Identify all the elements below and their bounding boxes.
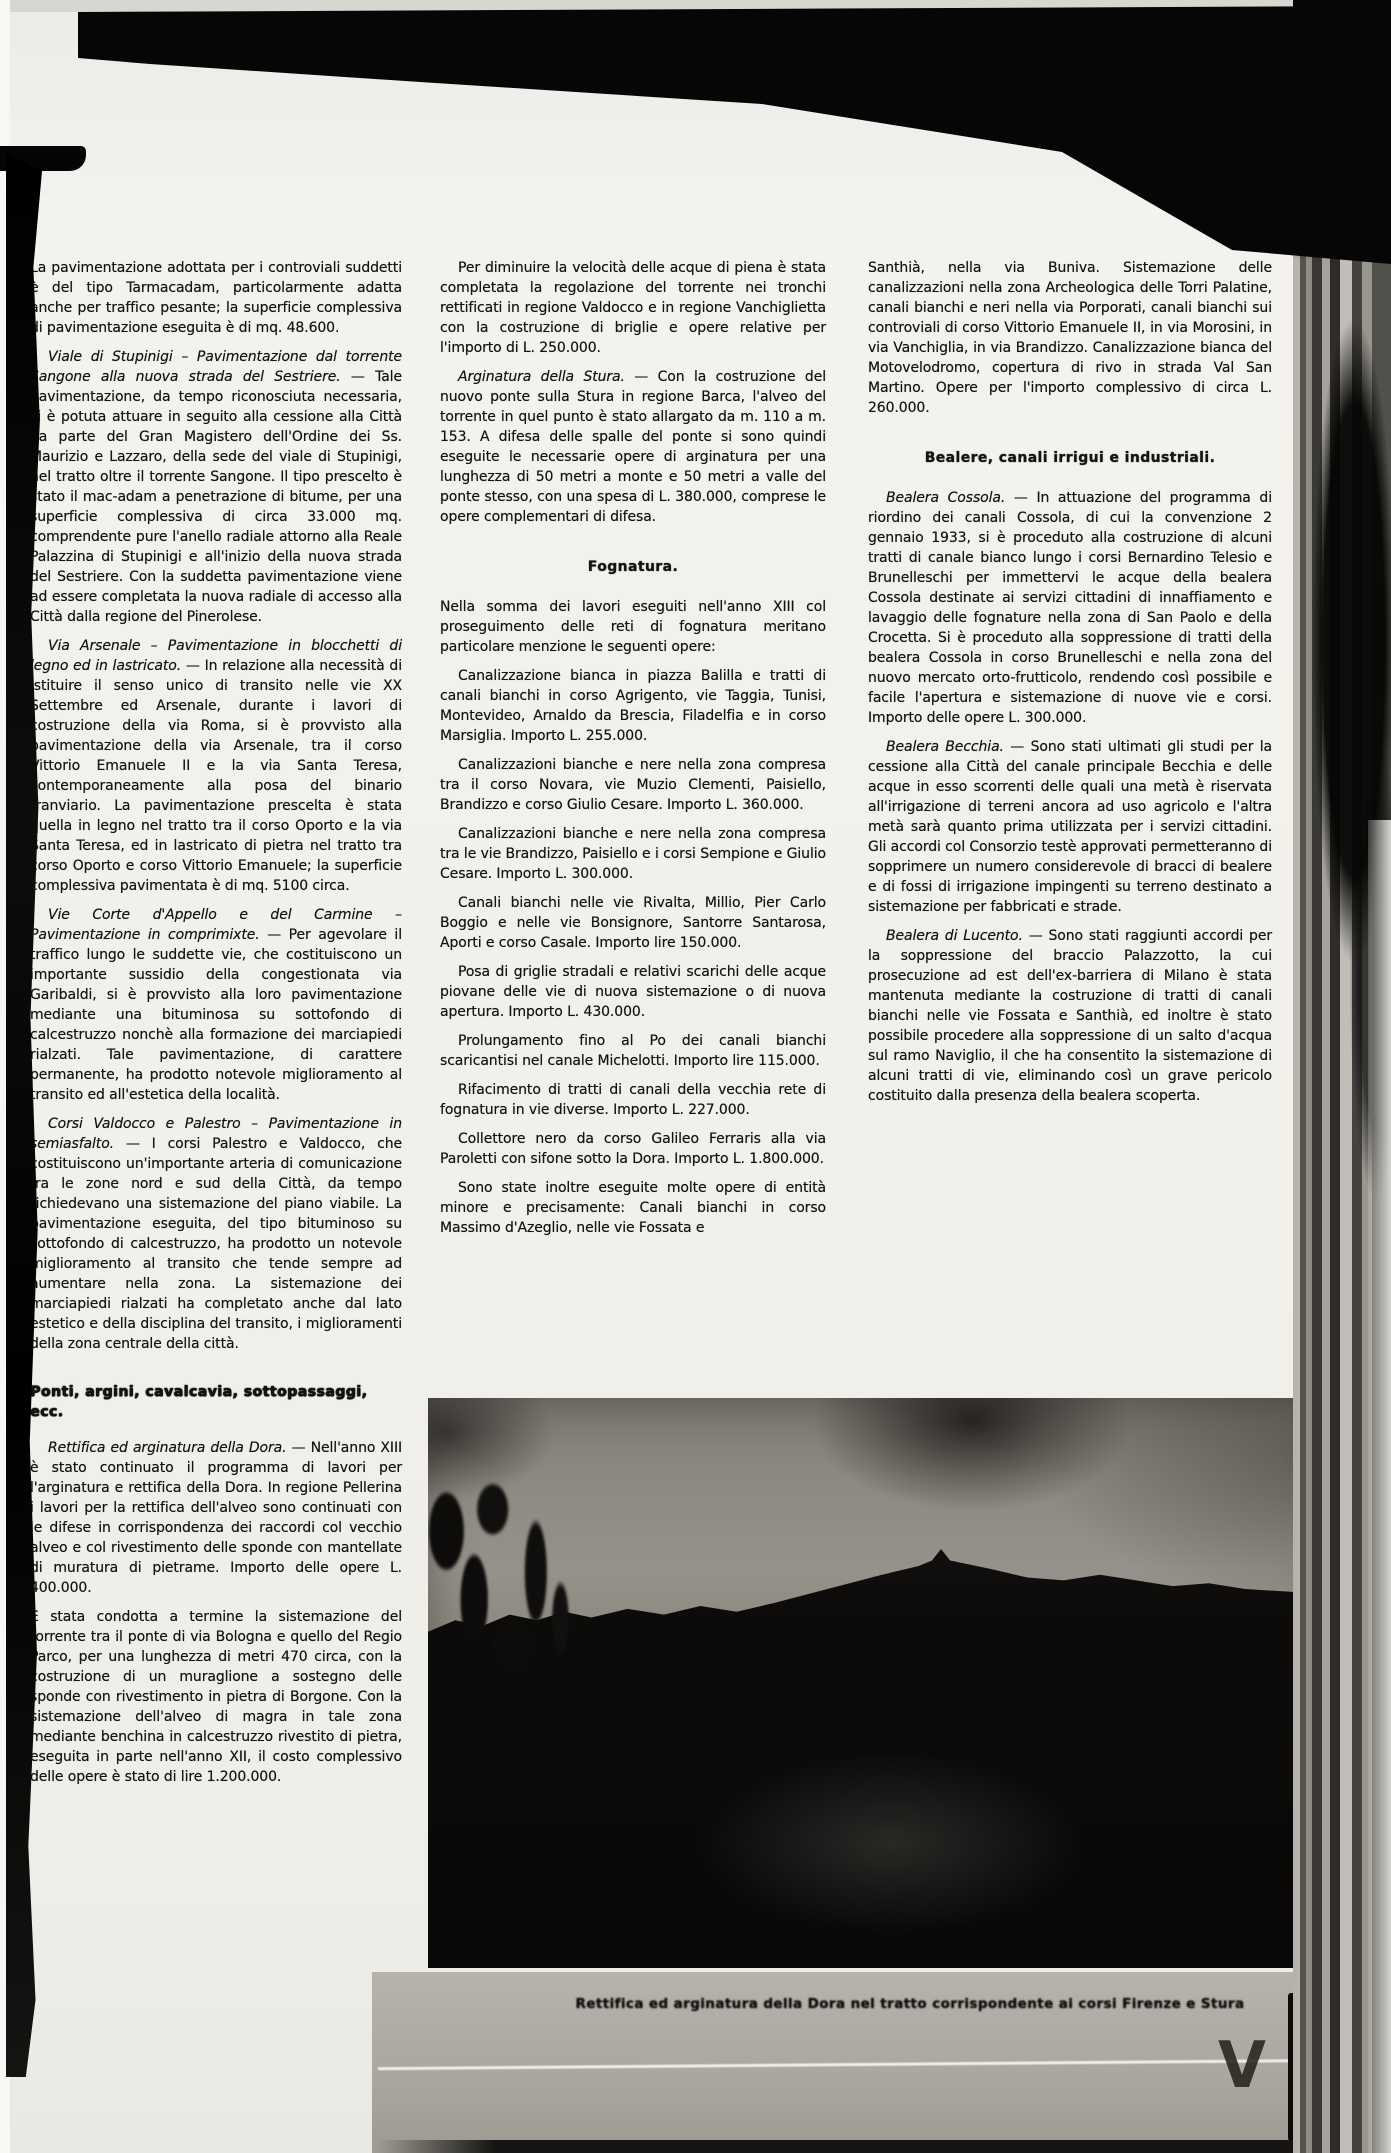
paragraph: Rettifica ed arginatura della Dora. — Ne… xyxy=(30,1438,402,1598)
photo-tree-silhouettes xyxy=(428,1449,582,1723)
paragraph: Rifacimento di tratti di canali della ve… xyxy=(440,1080,826,1120)
paragraph: Sono state inoltre eseguite molte opere … xyxy=(440,1178,826,1238)
paragraph: Corsi Valdocco e Palestro – Pavimentazio… xyxy=(30,1114,402,1354)
photo-light-patch xyxy=(700,1751,1081,1933)
paragraph: Bealera Becchia. — Sono stati ultimati g… xyxy=(868,737,1272,917)
book-edge-light xyxy=(1368,820,1391,2153)
paragraph: Canalizzazioni bianche e nere nella zona… xyxy=(440,824,826,884)
paragraph: Prolungamento fino al Po dei canali bian… xyxy=(440,1031,826,1071)
paragraph: Santhià, nella via Buniva. Sistemazione … xyxy=(868,258,1272,418)
paragraph: Vie Corte d'Appello e del Carmine – Pavi… xyxy=(30,905,402,1105)
text-column-right: Santhià, nella via Buniva. Sistemazione … xyxy=(868,258,1272,1115)
paragraph: Canalizzazione bianca in piazza Balilla … xyxy=(440,666,826,746)
paragraph: Bealera Cossola. — In attuazione del pro… xyxy=(868,488,1272,728)
section-heading: Fognatura. xyxy=(440,557,826,577)
paragraph: Posa di griglie stradali e relativi scar… xyxy=(440,962,826,1022)
paragraph: Via Arsenale – Pavimentazione in blocche… xyxy=(30,636,402,896)
paragraph: Viale di Stupinigi – Pavimentazione dal … xyxy=(30,347,402,627)
landscape-photograph xyxy=(428,1398,1336,1968)
section-heading: Ponti, argini, cavalcavia, sottopassaggi… xyxy=(30,1382,402,1422)
paragraph: La pavimentazione adottata per i controv… xyxy=(30,258,402,338)
section-heading: Bealere, canali irrigui e industriali. xyxy=(868,448,1272,468)
paragraph: Bealera di Lucento. — Sono stati raggiun… xyxy=(868,926,1272,1106)
text-column-middle: Per diminuire la velocità delle acque di… xyxy=(440,258,826,1247)
paragraph: È stata condotta a termine la sistemazio… xyxy=(30,1607,402,1787)
photo-caption: Rettifica ed arginatura della Dora nel t… xyxy=(470,1996,1350,2012)
scanned-document-page: La pavimentazione adottata per i controv… xyxy=(0,0,1391,2153)
paragraph: Canali bianchi nelle vie Rivalta, Millio… xyxy=(440,893,826,953)
paragraph: Canalizzazioni bianche e nere nella zona… xyxy=(440,755,826,815)
page-number: V xyxy=(1218,2027,1266,2103)
paragraph: Nella somma dei lavori eseguiti nell'ann… xyxy=(440,597,826,657)
paragraph: Collettore nero da corso Galileo Ferrari… xyxy=(440,1129,826,1169)
scan-bottom-strip xyxy=(378,2140,1350,2153)
scan-top-shadow-wedge xyxy=(0,0,1391,280)
text-column-left: La pavimentazione adottata per i controv… xyxy=(30,258,402,1796)
paragraph: Arginatura della Stura. — Con la costruz… xyxy=(440,367,826,527)
paragraph: Per diminuire la velocità delle acque di… xyxy=(440,258,826,358)
